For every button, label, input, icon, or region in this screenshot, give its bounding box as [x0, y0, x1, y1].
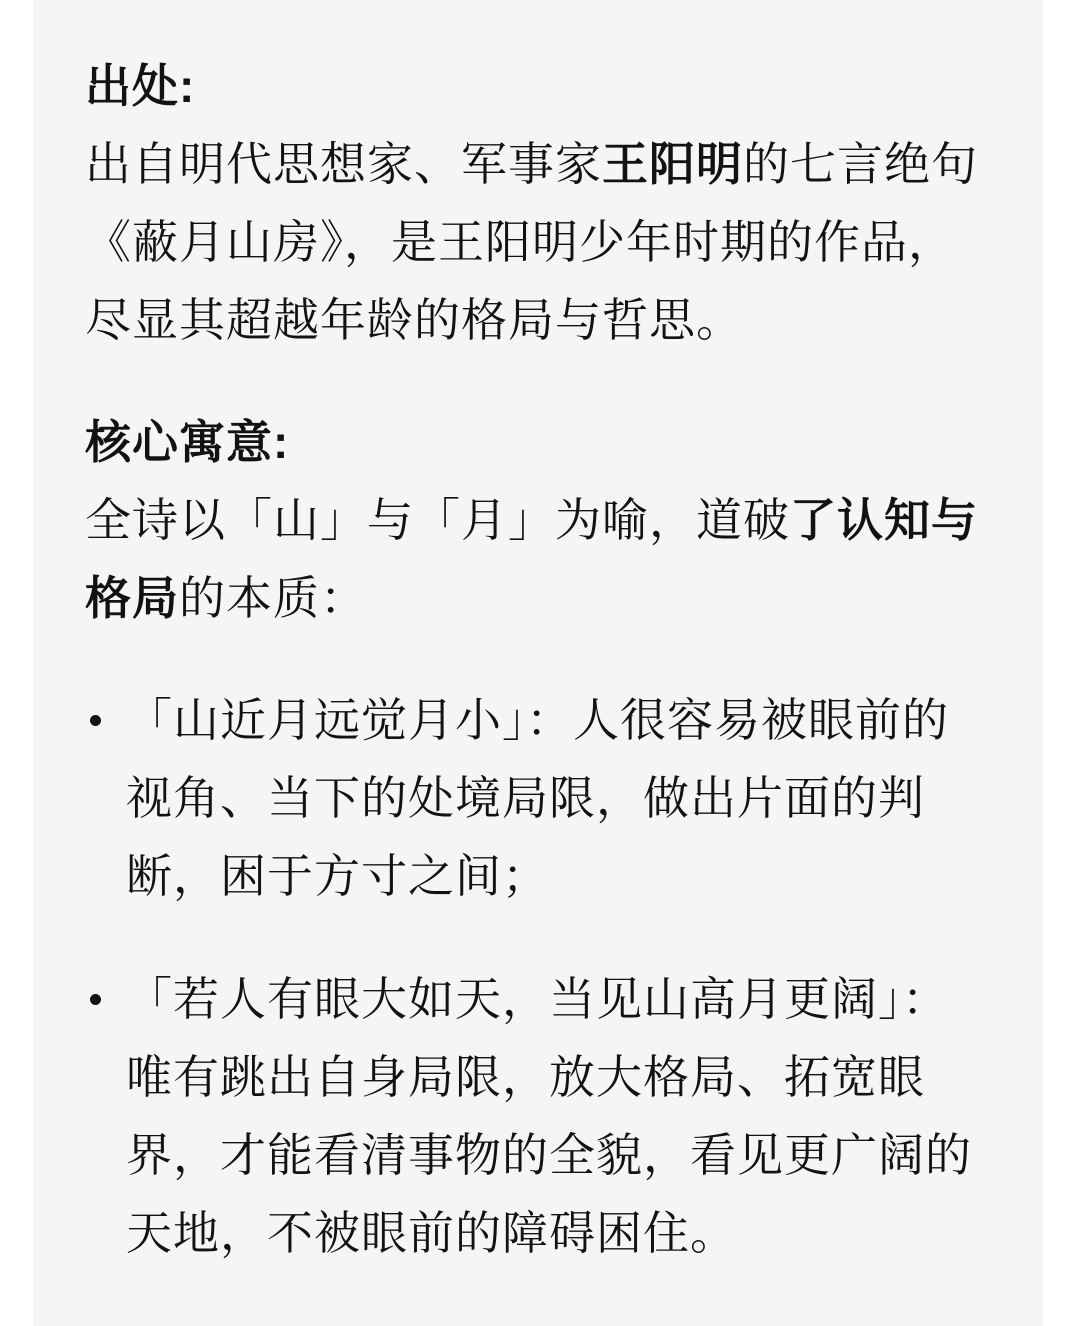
text-segment: 界，才能看清事物的全貌，看见更广阔的 — [126, 1129, 972, 1181]
content-panel: 出处:出自明代思想家、军事家王阳明的七言绝句《蔽月山房》，是王阳明少年时期的作品… — [33, 0, 1043, 1326]
text-line: 格局的本质： — [85, 559, 991, 637]
text-segment: 视角、当下的处境局限，做出片面的判 — [126, 772, 925, 824]
text-segment: 全诗以「山」与「月」为喻，道破 — [85, 494, 790, 546]
core-meaning-paragraph: 核心寓意:全诗以「山」与「月」为喻，道破了认知与格局的本质： — [85, 403, 991, 637]
text-segment: 尽显其超越年龄的格局与哲思。 — [85, 294, 743, 346]
text-line: 界，才能看清事物的全貌，看见更广阔的 — [126, 1116, 991, 1194]
text-line: 全诗以「山」与「月」为喻，道破了认知与 — [85, 481, 991, 559]
text-segment: 的本质： — [179, 572, 367, 624]
text-line: 唯有跳出自身局限，放大格局、拓宽眼 — [126, 1038, 991, 1116]
page: 出处:出自明代思想家、军事家王阳明的七言绝句《蔽月山房》，是王阳明少年时期的作品… — [0, 0, 1080, 1326]
bold-text-segment: 出处: — [85, 60, 195, 112]
list-item-near-mountain: 「山近月远觉月小」：人很容易被眼前的视角、当下的处境局限，做出片面的判断，困于方… — [85, 681, 991, 915]
bold-text-segment: 核心寓意: — [85, 416, 289, 468]
text-line: 视角、当下的处境局限，做出片面的判 — [126, 759, 991, 837]
list-item-eye-like-sky: 「若人有眼大如天，当见山高月更阔」：唯有跳出自身局限，放大格局、拓宽眼界，才能看… — [85, 960, 991, 1272]
document-body: 出处:出自明代思想家、军事家王阳明的七言绝句《蔽月山房》，是王阳明少年时期的作品… — [85, 47, 991, 1272]
text-line: 断，困于方寸之间； — [126, 837, 991, 915]
bold-text-segment: 王阳明 — [602, 138, 743, 190]
origin-paragraph: 出处:出自明代思想家、军事家王阳明的七言绝句《蔽月山房》，是王阳明少年时期的作品… — [85, 47, 991, 359]
text-segment: 出自明代思想家、军事家 — [85, 138, 602, 190]
text-segment: 唯有跳出自身局限，放大格局、拓宽眼 — [126, 1051, 925, 1103]
text-line: 尽显其超越年龄的格局与哲思。 — [85, 281, 991, 359]
bold-text-segment: 了认知与 — [790, 494, 978, 546]
text-line: 天地，不被眼前的障碍困住。 — [126, 1194, 991, 1272]
text-line: 「若人有眼大如天，当见山高月更阔」： — [126, 960, 991, 1038]
text-segment: 天地，不被眼前的障碍困住。 — [126, 1207, 737, 1259]
text-segment: 「若人有眼大如天，当见山高月更阔」： — [126, 973, 949, 1025]
text-line: 出自明代思想家、军事家王阳明的七言绝句 — [85, 125, 991, 203]
text-segment: 《蔽月山房》，是王阳明少年时期的作品， — [85, 216, 955, 268]
text-segment: 的七言绝句 — [743, 138, 978, 190]
text-segment: 断，困于方寸之间； — [126, 850, 549, 902]
text-segment: 「山近月远觉月小」：人很容易被眼前的 — [126, 694, 949, 746]
text-line: 「山近月远觉月小」：人很容易被眼前的 — [126, 681, 991, 759]
text-line: 出处: — [85, 47, 991, 125]
interpretation-list: 「山近月远觉月小」：人很容易被眼前的视角、当下的处境局限，做出片面的判断，困于方… — [85, 681, 991, 1272]
text-line: 《蔽月山房》，是王阳明少年时期的作品， — [85, 203, 991, 281]
text-line: 核心寓意: — [85, 403, 991, 481]
bold-text-segment: 格局 — [85, 572, 179, 624]
